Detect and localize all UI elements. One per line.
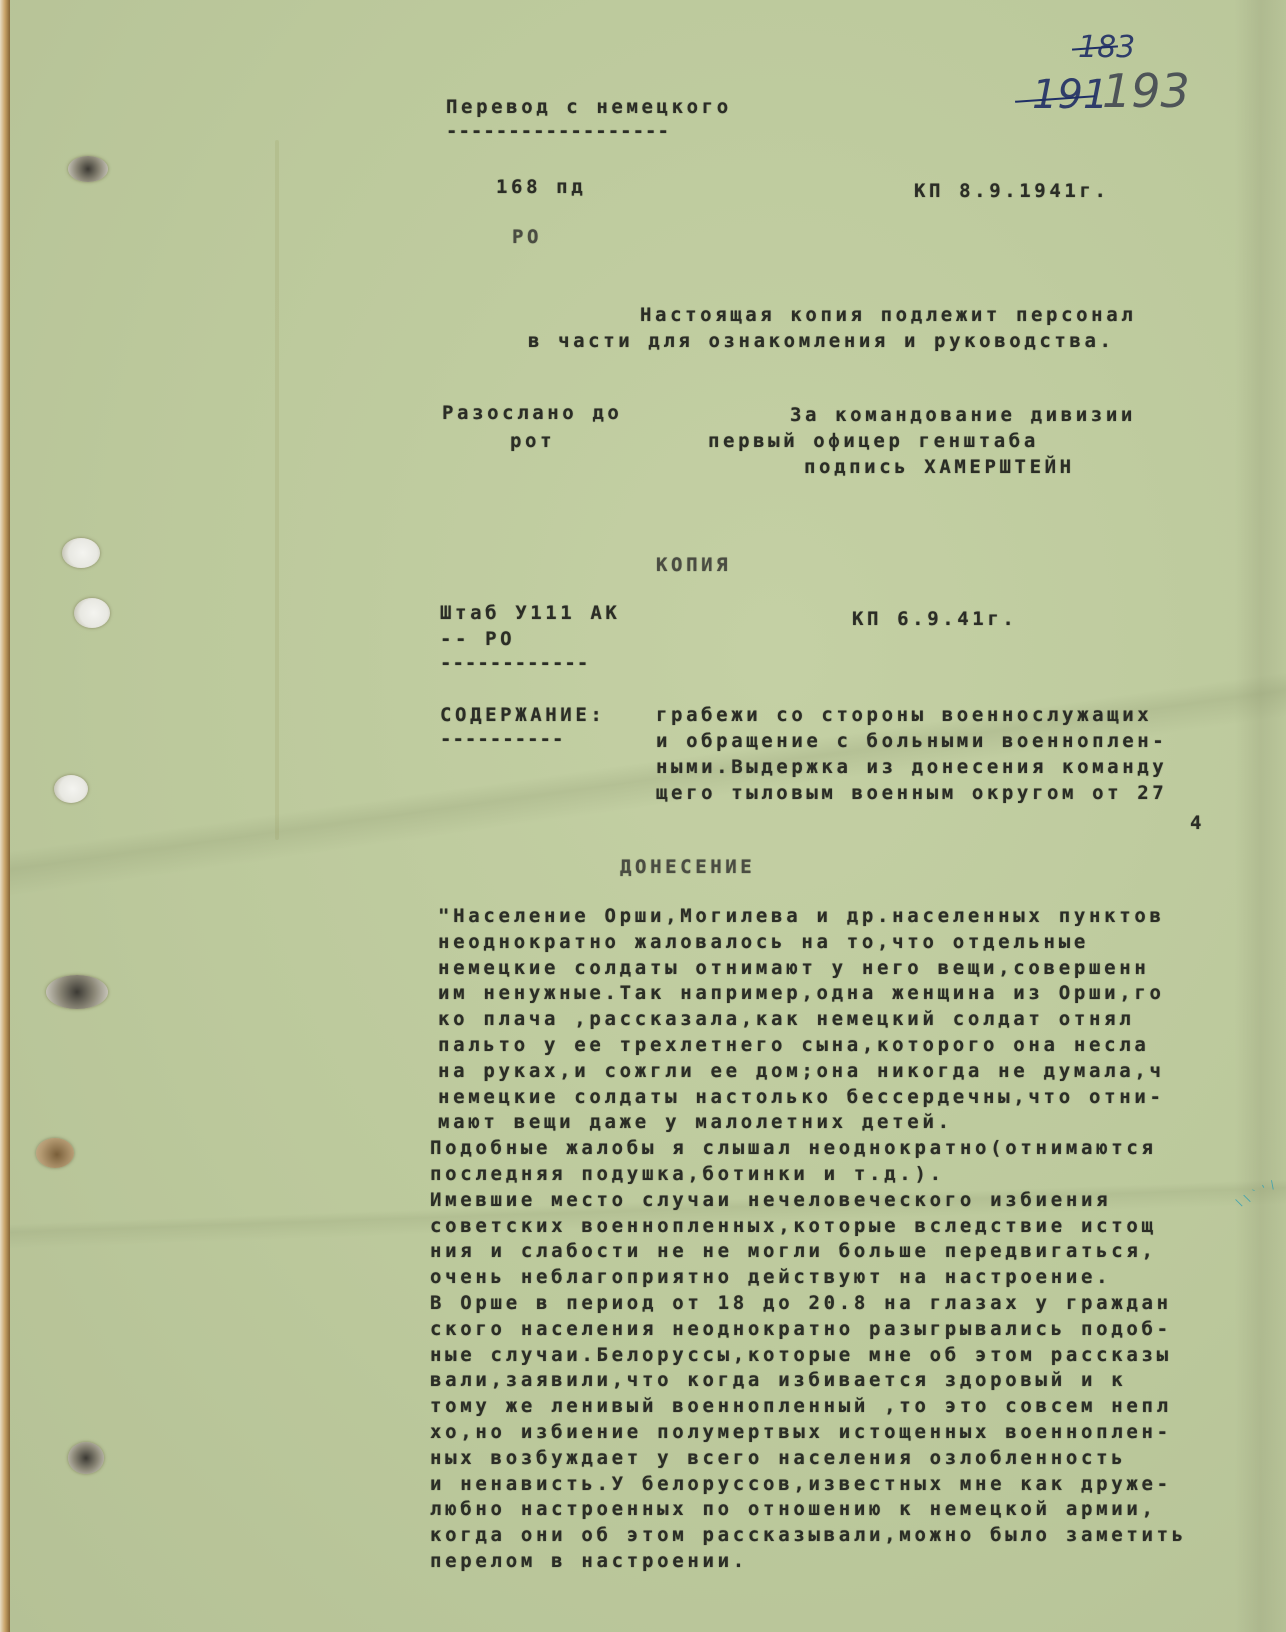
report-line: ных возбуждает у всего населения озлобле… <box>430 1446 1126 1472</box>
report-line: ные случаи.Белоруссы,которые мне об этом… <box>430 1343 1172 1369</box>
subject-line: 4 <box>1190 810 1205 836</box>
distribution-note-line-2: в части для ознакомления и руководства. <box>528 328 1115 354</box>
report-line: любно настроенных по отношению к немецко… <box>430 1497 1157 1523</box>
report-line: перелом в настроении. <box>430 1549 748 1575</box>
header-location-date: КП 8.9.1941г. <box>914 178 1110 204</box>
subject-underline: ---------- <box>440 726 564 752</box>
report-line: В Орше в период от 18 до 20.8 на глазах … <box>430 1291 1172 1317</box>
report-title: ДОНЕСЕНИЕ <box>620 854 755 880</box>
report-line: тому же ленивый военнопленный ,то это со… <box>430 1394 1172 1420</box>
subject-line: и обращение с больными военноплен- <box>656 728 1167 754</box>
punch-hole <box>36 1138 74 1168</box>
report-line: на руках,и сожгли ее дом;она никогда не … <box>438 1059 1165 1085</box>
document-page: 183 191 193 Перевод с немецкого --------… <box>10 0 1286 1632</box>
report-line: вали,заявили,что когда избивается здоров… <box>430 1368 1126 1394</box>
report-line: немецкие солдаты отнимают у него вещи,со… <box>438 956 1150 982</box>
punch-hole <box>74 598 110 628</box>
report-line: ского населения неоднократно разыгрывали… <box>430 1317 1172 1343</box>
report-line: неоднократно жаловалось на то,что отдель… <box>438 930 1089 956</box>
report-line: пальто у ее трехлетнего сына,которого он… <box>438 1033 1150 1059</box>
subject-line: ными.Выдержка из донесения команду <box>656 754 1167 780</box>
subject-label: СОДЕРЖАНИЕ: <box>440 702 605 728</box>
report-line: мают вещи даже у малолетних детей. <box>438 1110 953 1136</box>
report-line: очень неблагоприятно действуют на настро… <box>430 1265 1111 1291</box>
report-line: когда они об этом рассказывали,можно был… <box>430 1523 1187 1549</box>
report-line: последняя подушка,ботинки и т.д.). <box>430 1162 945 1188</box>
copy-title: КОПИЯ <box>656 552 731 578</box>
archive-number-current: 193 <box>1102 64 1190 118</box>
ink-mark: \ \ ` ' / <box>1234 1174 1286 1215</box>
report-line: и ненависть.У белоруссов,известных мне к… <box>430 1472 1172 1498</box>
subject-line: щего тыловым военным округом от 27 <box>656 780 1167 806</box>
punch-hole <box>68 1442 104 1474</box>
report-line: ко плача ,рассказала,как немецкий солдат… <box>438 1007 1134 1033</box>
copy-dept: -- РО <box>440 626 515 652</box>
report-line: хо,но избиение полумертвых истощенных во… <box>430 1420 1172 1446</box>
signature-line-3: подпись ХАМЕРШТЕЙН <box>804 454 1075 480</box>
archive-number-crossed: 191 <box>1032 72 1108 118</box>
translation-note: Перевод с немецкого <box>446 94 732 120</box>
department-code: РО <box>512 224 542 250</box>
report-line: немецкие солдаты настолько бессердечны,ч… <box>438 1085 1165 1111</box>
copy-hq: Штаб У111 АК <box>440 600 620 626</box>
report-line: советских военнопленных,которые вследств… <box>430 1214 1157 1240</box>
subject-line: грабежи со стороны военнослужащих <box>656 702 1152 728</box>
punch-hole <box>46 975 108 1009</box>
distribution-note-line-1: Настоящая копия подлежит персонал <box>640 302 1136 328</box>
paper-fold <box>275 140 279 840</box>
report-line: Подобные жалобы я слышал неоднократно(от… <box>430 1136 1157 1162</box>
sent-to-line-2: рот <box>510 428 555 454</box>
report-line: Имевшие место случаи нечеловеческого изб… <box>430 1188 1111 1214</box>
report-line: ния и слабости не не могли больше передв… <box>430 1239 1157 1265</box>
punch-hole <box>68 156 108 182</box>
unit-designation: 168 пд <box>496 174 586 200</box>
punch-hole <box>54 775 88 803</box>
copy-location-date: КП 6.9.41г. <box>852 606 1017 632</box>
translation-underline: ------------------ <box>446 118 670 144</box>
copy-underline: ------------ <box>440 650 589 676</box>
sent-to-line-1: Разослано до <box>442 400 622 426</box>
punch-hole <box>62 538 100 568</box>
signature-line-2: первый офицер генштаба <box>708 428 1039 454</box>
report-line: "Население Орши,Могилева и др.населенных… <box>438 904 1165 930</box>
report-line: им ненужные.Так например,одна женщина из… <box>438 981 1165 1007</box>
signature-line-1: За командование дивизии <box>790 402 1136 428</box>
